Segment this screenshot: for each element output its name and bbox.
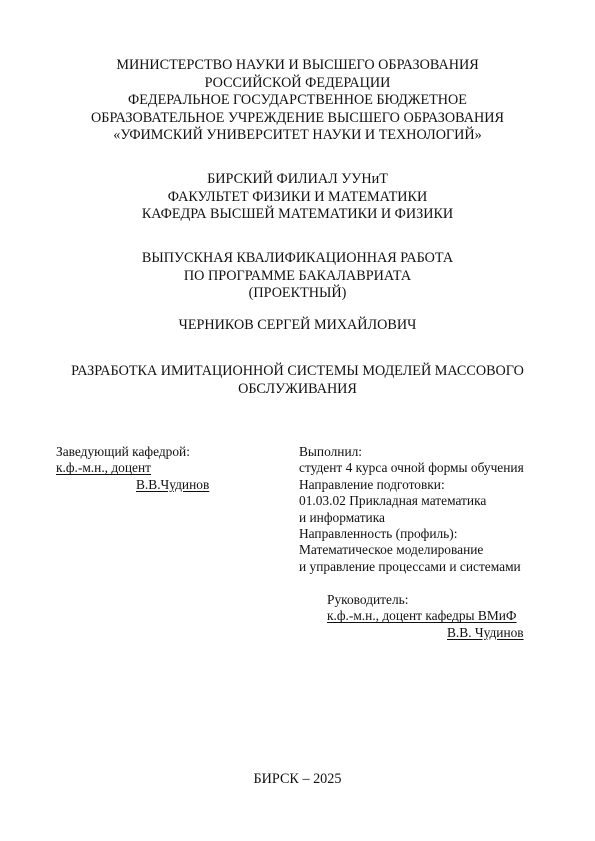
- supervisor-block: Руководитель: к.ф.-м.н., доцент кафедры …: [327, 592, 524, 641]
- author-name: ЧЕРНИКОВ СЕРГЕЙ МИХАЙЛОВИЧ: [0, 317, 595, 335]
- branch-line: БИРСКИЙ ФИЛИАЛ УУНиТ: [0, 171, 595, 189]
- ministry-line: РОССИЙСКОЙ ФЕДЕРАЦИИ: [0, 75, 595, 93]
- ministry-line: «УФИМСКИЙ УНИВЕРСИТЕТ НАУКИ И ТЕХНОЛОГИЙ…: [0, 127, 595, 145]
- head-title: к.ф.-м.н., доцент: [56, 460, 151, 475]
- thesis-topic: РАЗРАБОТКА ИМИТАЦИОННОЙ СИСТЕМЫ МОДЕЛЕЙ …: [0, 363, 595, 398]
- profile-label: Направленность (профиль):: [299, 526, 524, 542]
- student-info: студент 4 курса очной формы обучения: [299, 460, 524, 476]
- title-page: МИНИСТЕРСТВО НАУКИ И ВЫСШЕГО ОБРАЗОВАНИЯ…: [0, 0, 595, 841]
- branch-header: БИРСКИЙ ФИЛИАЛ УУНиТ ФАКУЛЬТЕТ ФИЗИКИ И …: [0, 171, 595, 224]
- performed-by-block: Выполнил: студент 4 курса очной формы об…: [299, 444, 524, 575]
- direction-label: Направление подготовки:: [299, 477, 524, 493]
- performed-label: Выполнил:: [299, 444, 524, 460]
- ministry-line: ОБРАЗОВАТЕЛЬНОЕ УЧРЕЖДЕНИЕ ВЫСШЕГО ОБРАЗ…: [0, 110, 595, 128]
- supervisor-title: к.ф.-м.н., доцент кафедры ВМиФ: [327, 608, 516, 623]
- supervisor-label: Руководитель:: [327, 592, 524, 608]
- ministry-header: МИНИСТЕРСТВО НАУКИ И ВЫСШЕГО ОБРАЗОВАНИЯ…: [0, 57, 595, 145]
- direction-line: и информатика: [299, 510, 524, 526]
- topic-line: ОБСЛУЖИВАНИЯ: [0, 381, 595, 399]
- direction-line: 01.03.02 Прикладная математика: [299, 493, 524, 509]
- department-line: КАФЕДРА ВЫСШЕЙ МАТЕМАТИКИ И ФИЗИКИ: [0, 206, 595, 224]
- ministry-line: МИНИСТЕРСТВО НАУКИ И ВЫСШЕГО ОБРАЗОВАНИЯ: [0, 57, 595, 75]
- work-type: ВЫПУСКНАЯ КВАЛИФИКАЦИОННАЯ РАБОТА ПО ПРО…: [0, 250, 595, 303]
- work-type-line: ВЫПУСКНАЯ КВАЛИФИКАЦИОННАЯ РАБОТА: [0, 250, 595, 268]
- faculty-line: ФАКУЛЬТЕТ ФИЗИКИ И МАТЕМАТИКИ: [0, 189, 595, 207]
- topic-line: РАЗРАБОТКА ИМИТАЦИОННОЙ СИСТЕМЫ МОДЕЛЕЙ …: [0, 363, 595, 381]
- head-name: В.В.Чудинов: [136, 477, 209, 492]
- profile-line: и управление процессами и системами: [299, 559, 524, 575]
- head-label: Заведующий кафедрой:: [56, 444, 209, 460]
- supervisor-name: В.В. Чудинов: [447, 625, 524, 640]
- head-of-department-block: Заведующий кафедрой: к.ф.-м.н., доцент В…: [56, 444, 209, 493]
- ministry-line: ФЕДЕРАЛЬНОЕ ГОСУДАРСТВЕННОЕ БЮДЖЕТНОЕ: [0, 92, 595, 110]
- profile-line: Математическое моделирование: [299, 542, 524, 558]
- work-type-line: (ПРОЕКТНЫЙ): [0, 285, 595, 303]
- city-year: БИРСК – 2025: [0, 771, 595, 788]
- work-type-line: ПО ПРОГРАММЕ БАКАЛАВРИАТА: [0, 268, 595, 286]
